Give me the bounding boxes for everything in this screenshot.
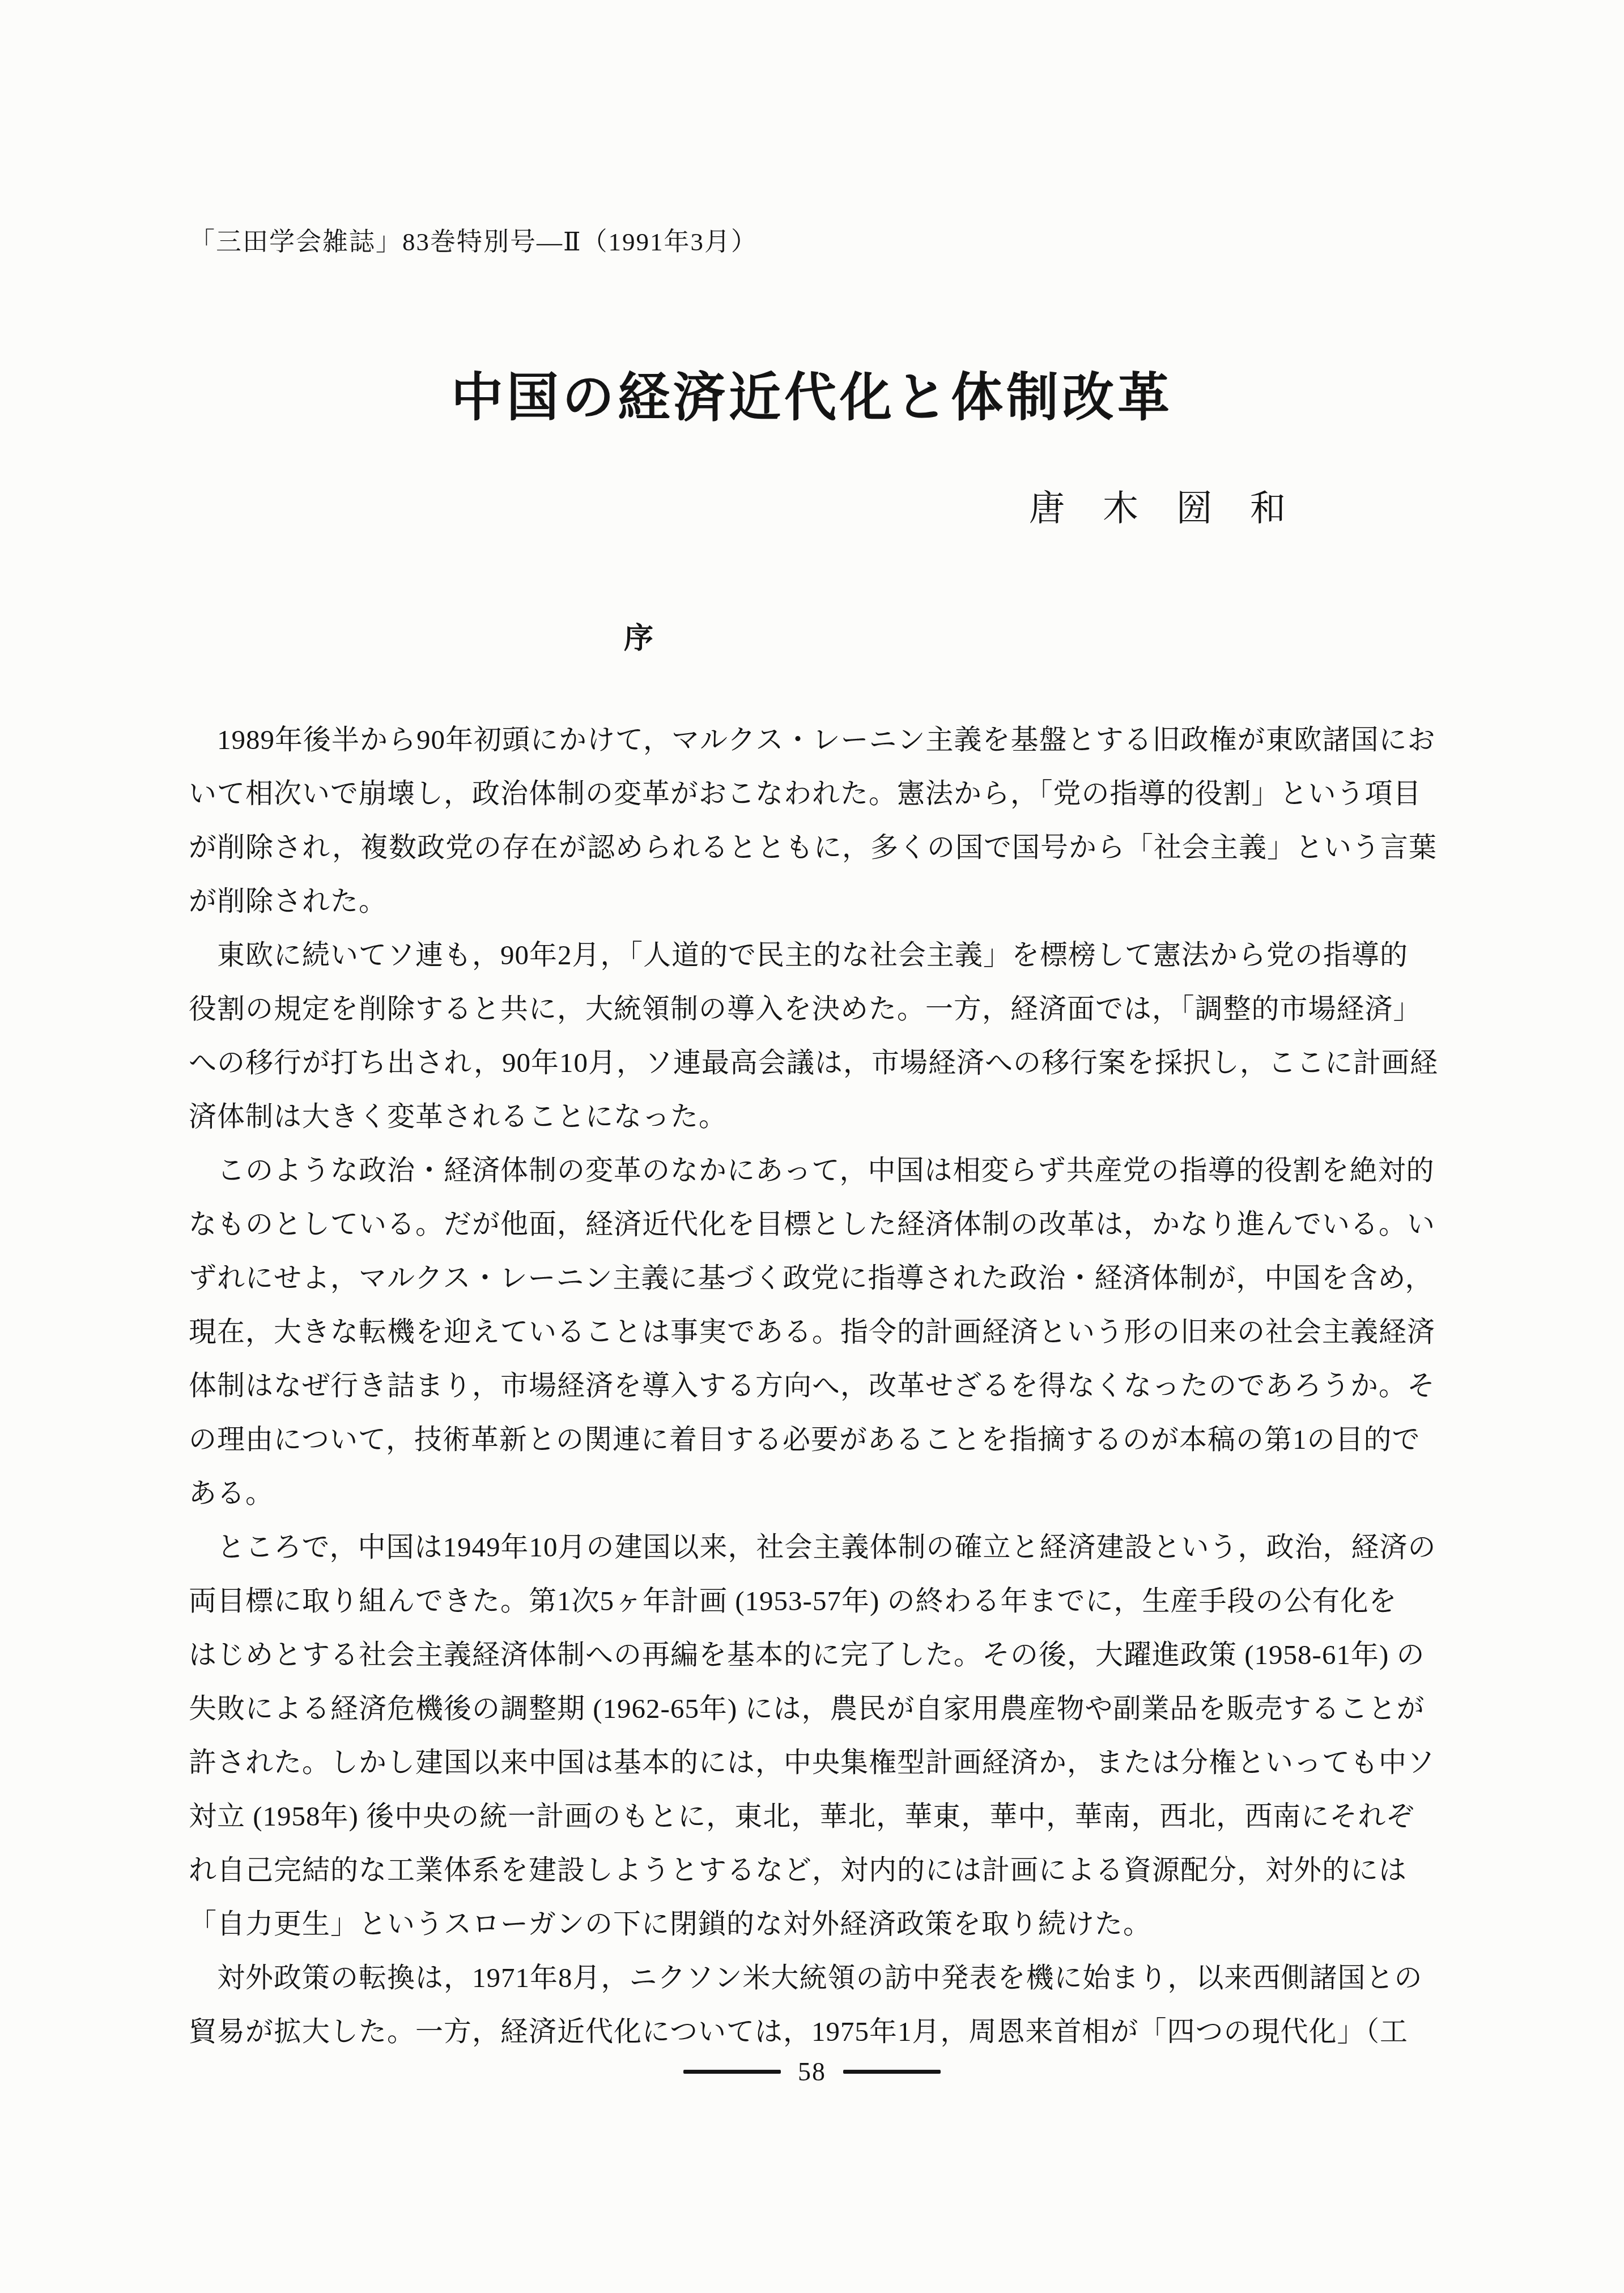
page-number-rule-left <box>683 2070 781 2074</box>
paragraph-1: 1989年後半から90年初頭にかけて，マルクス・レーニン主義を基盤とする旧政権が… <box>189 713 1467 928</box>
paragraph-5: 対外政策の転換は，1971年8月，ニクソン米大統領の訪中発表を機に始まり，以来西… <box>189 1951 1467 2058</box>
paragraph-3: このような政治・経済体制の変革のなかにあって，中国は相変らず共産党の指導的役割を… <box>189 1143 1467 1520</box>
journal-issue-line: 「三田学会雑誌」83巻特別号—Ⅱ（1991年3月） <box>189 221 758 258</box>
page-number: 58 <box>798 2057 826 2087</box>
article-title: 中国の経済近代化と体制改革 <box>0 356 1624 431</box>
section-heading-intro: 序 <box>624 614 653 657</box>
paragraph-2: 東欧に続いてソ連も，90年2月，「人道的で民主的な社会主義」を標榜して憲法から党… <box>189 928 1467 1143</box>
paragraph-4: ところで，中国は1949年10月の建国以来，社会主義体制の確立と経済建設という，… <box>189 1520 1467 1951</box>
scanned-paper-page: 「三田学会雑誌」83巻特別号—Ⅱ（1991年3月） 中国の経済近代化と体制改革 … <box>0 0 1624 2293</box>
page-footer: 58 <box>0 2057 1624 2087</box>
author-name: 唐 木 圀 和 <box>1029 479 1287 531</box>
page-number-rule-right <box>843 2070 941 2074</box>
article-body: 1989年後半から90年初頭にかけて，マルクス・レーニン主義を基盤とする旧政権が… <box>189 713 1467 2058</box>
